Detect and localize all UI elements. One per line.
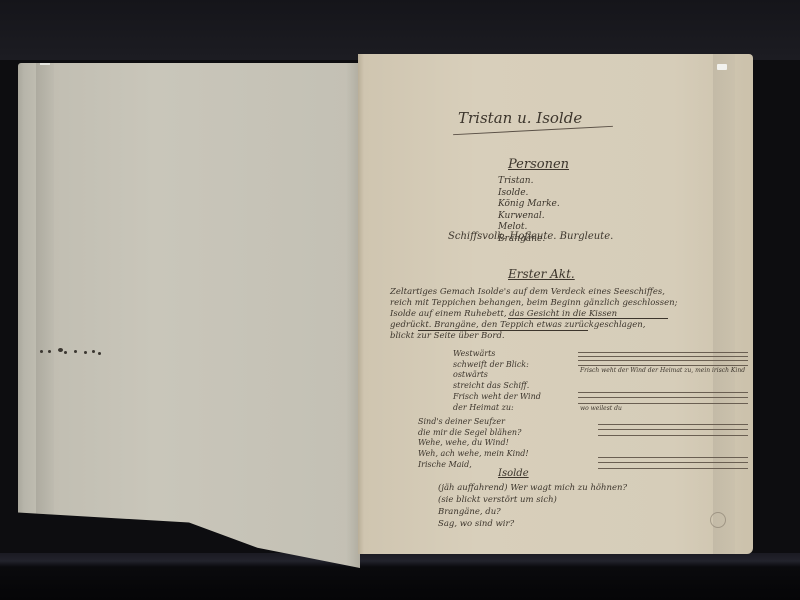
stage-line: reich mit Teppichen behangen, beim Begin… <box>390 298 677 309</box>
stage-direction: Zeltartiges Gemach Isolde's auf dem Verd… <box>390 287 677 342</box>
staff <box>578 352 748 366</box>
score-lyrics: Frisch weht der Wind der Heimat zu, mein… <box>580 367 745 374</box>
verse-line: (jäh auffahrend) Wer wagt mich zu höhnen… <box>438 482 627 494</box>
verse-block: Westwärts schweift der Blick: ostwärts s… <box>453 349 541 413</box>
staff <box>598 424 748 436</box>
staff-line <box>578 356 748 357</box>
dark-background <box>0 0 800 60</box>
score-lyrics: wo weilest du <box>580 405 622 412</box>
verse-line: die mir die Segel blähen? <box>418 428 529 439</box>
staff <box>598 457 748 469</box>
left-blank-page <box>18 63 360 568</box>
staff-line <box>598 462 748 463</box>
staff-line <box>578 397 748 398</box>
stage-line: Zeltartiges Gemach Isolde's auf dem Verd… <box>390 287 677 298</box>
page-fold-band <box>36 63 54 568</box>
glare <box>40 63 50 65</box>
verse-line: Frisch weht der Wind <box>453 392 541 403</box>
ink-spots <box>40 348 100 356</box>
cast-item: Tristan. <box>498 176 560 188</box>
page-title: Tristan u. Isolde <box>458 109 582 127</box>
glare <box>717 64 727 70</box>
verse-line: Sag, wo sind wir? <box>438 518 627 530</box>
verse-line: streicht das Schiff. <box>453 381 541 392</box>
page-fold-band <box>713 54 735 554</box>
verse-line: Wehe, wehe, du Wind! <box>418 438 529 449</box>
act-heading: Erster Akt. <box>508 267 575 281</box>
verse-line: schweift der Blick: <box>453 360 541 371</box>
library-stamp <box>710 512 726 528</box>
verse-line: Westwärts <box>453 349 541 360</box>
personen-heading: Personen <box>508 157 569 172</box>
verse-line: Sind's deiner Seufzer <box>418 417 529 428</box>
display-shelf <box>0 553 800 600</box>
verse-line: ostwärts <box>453 370 541 381</box>
strikethrough <box>418 330 588 331</box>
staff-line <box>578 360 748 361</box>
strikethrough <box>508 318 668 319</box>
staff <box>578 392 748 404</box>
verse-line: Weh, ach wehe, mein Kind! <box>418 449 529 460</box>
cast-item: Isolde. <box>498 188 560 200</box>
verse-line: der Heimat zu: <box>453 403 541 414</box>
right-manuscript-page: Tristan u. Isolde Personen Tristan. Isol… <box>358 54 753 554</box>
speaker-name: Isolde <box>498 468 529 479</box>
isolde-lines: (jäh auffahrend) Wer wagt mich zu höhnen… <box>438 482 627 530</box>
title-flourish <box>453 126 613 135</box>
staff-line <box>598 429 748 430</box>
verse-line: Brangäne, du? <box>438 506 627 518</box>
verse-block: Sind's deiner Seufzer die mir die Segel … <box>418 417 529 471</box>
verse-line: (sie blickt verstört um sich) <box>438 494 627 506</box>
cast-item: König Marke. <box>498 199 560 211</box>
stage-line: blickt zur Seite über Bord. <box>390 331 677 342</box>
cast-item: Kurwenal. <box>498 211 560 223</box>
cast-extra: Schiffsvolk. Hofleute. Burgleute. <box>448 231 613 242</box>
